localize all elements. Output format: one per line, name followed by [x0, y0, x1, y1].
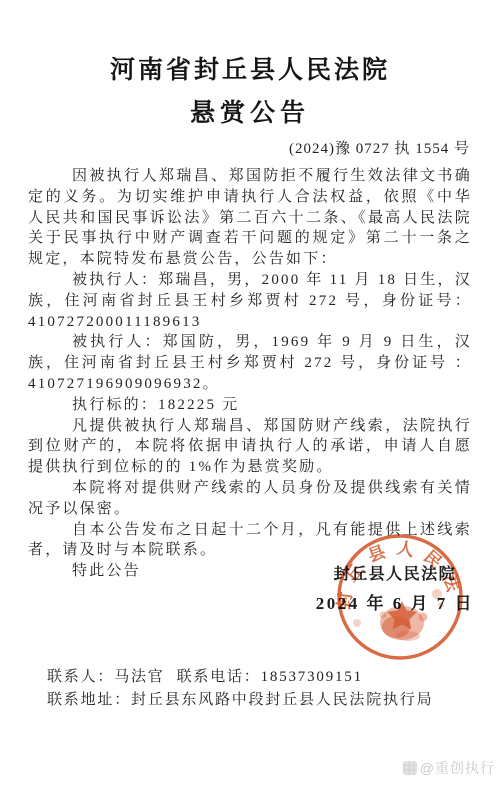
signature-date: 2024 年 6 月 7 日	[316, 589, 474, 614]
contact-person-row: 联系人：马法官联系电话：18537309151	[47, 666, 433, 689]
watermark-text: @重创执行	[420, 758, 495, 778]
contact-block: 联系人：马法官联系电话：18537309151 联系地址：封丘县东风路中段封丘县…	[47, 666, 433, 712]
contact-person: 联系人：马法官	[47, 666, 165, 689]
case-number: (2024)豫 0727 执 1554 号	[0, 129, 500, 158]
paragraph-validity: 自本公告发布之日起十二个月，凡有能提供上述线索者，请及时与本院联系。	[28, 520, 472, 562]
court-title: 河南省封丘县人民法院	[0, 50, 500, 86]
document-header: 河南省封丘县人民法院 悬赏公告	[0, 0, 500, 129]
paragraph-execution-amount: 执行标的：182225 元	[28, 395, 472, 416]
watermark: @重创执行	[403, 758, 495, 778]
announcement-title: 悬赏公告	[0, 93, 500, 129]
contact-address-row: 联系地址：封丘县东风路中段封丘县人民法院执行局	[47, 689, 433, 712]
announcement-body: 因被执行人郑瑞昌、郑国防拒不履行生效法律文书确定的义务。为切实维护申请执行人合法…	[28, 166, 472, 582]
paragraph-reward: 凡提供被执行人郑瑞昌、郑国防财产线索，法院执行到位财产的，本院将依据申请执行人的…	[28, 416, 472, 478]
watermark-logo-icon	[403, 761, 417, 775]
signature-court-name: 封丘县人民法院	[316, 561, 474, 584]
contact-address: 联系地址：封丘县东风路中段封丘县人民法院执行局	[47, 689, 433, 712]
announcement-document: 河南省封丘县人民法院 悬赏公告 (2024)豫 0727 执 1554 号 因被…	[0, 0, 500, 789]
paragraph-confidentiality: 本院将对提供财产线索的人员身份及提供线索有关情况予以保密。	[28, 478, 472, 520]
paragraph-basis: 因被执行人郑瑞昌、郑国防拒不履行生效法律文书确定的义务。为切实维护申请执行人合法…	[28, 166, 472, 270]
signature-block: 封丘县人民法院 2024 年 6 月 7 日	[316, 561, 474, 614]
paragraph-debtor-2: 被执行人：郑国防，男，1969 年 9 月 9 日生，汉族，住河南省封丘县王村乡…	[28, 332, 472, 394]
paragraph-debtor-1: 被执行人：郑瑞昌，男，2000 年 11 月 18 日生，汉族，住河南省封丘县王…	[28, 270, 472, 332]
contact-phone: 联系电话：18537309151	[177, 666, 363, 689]
